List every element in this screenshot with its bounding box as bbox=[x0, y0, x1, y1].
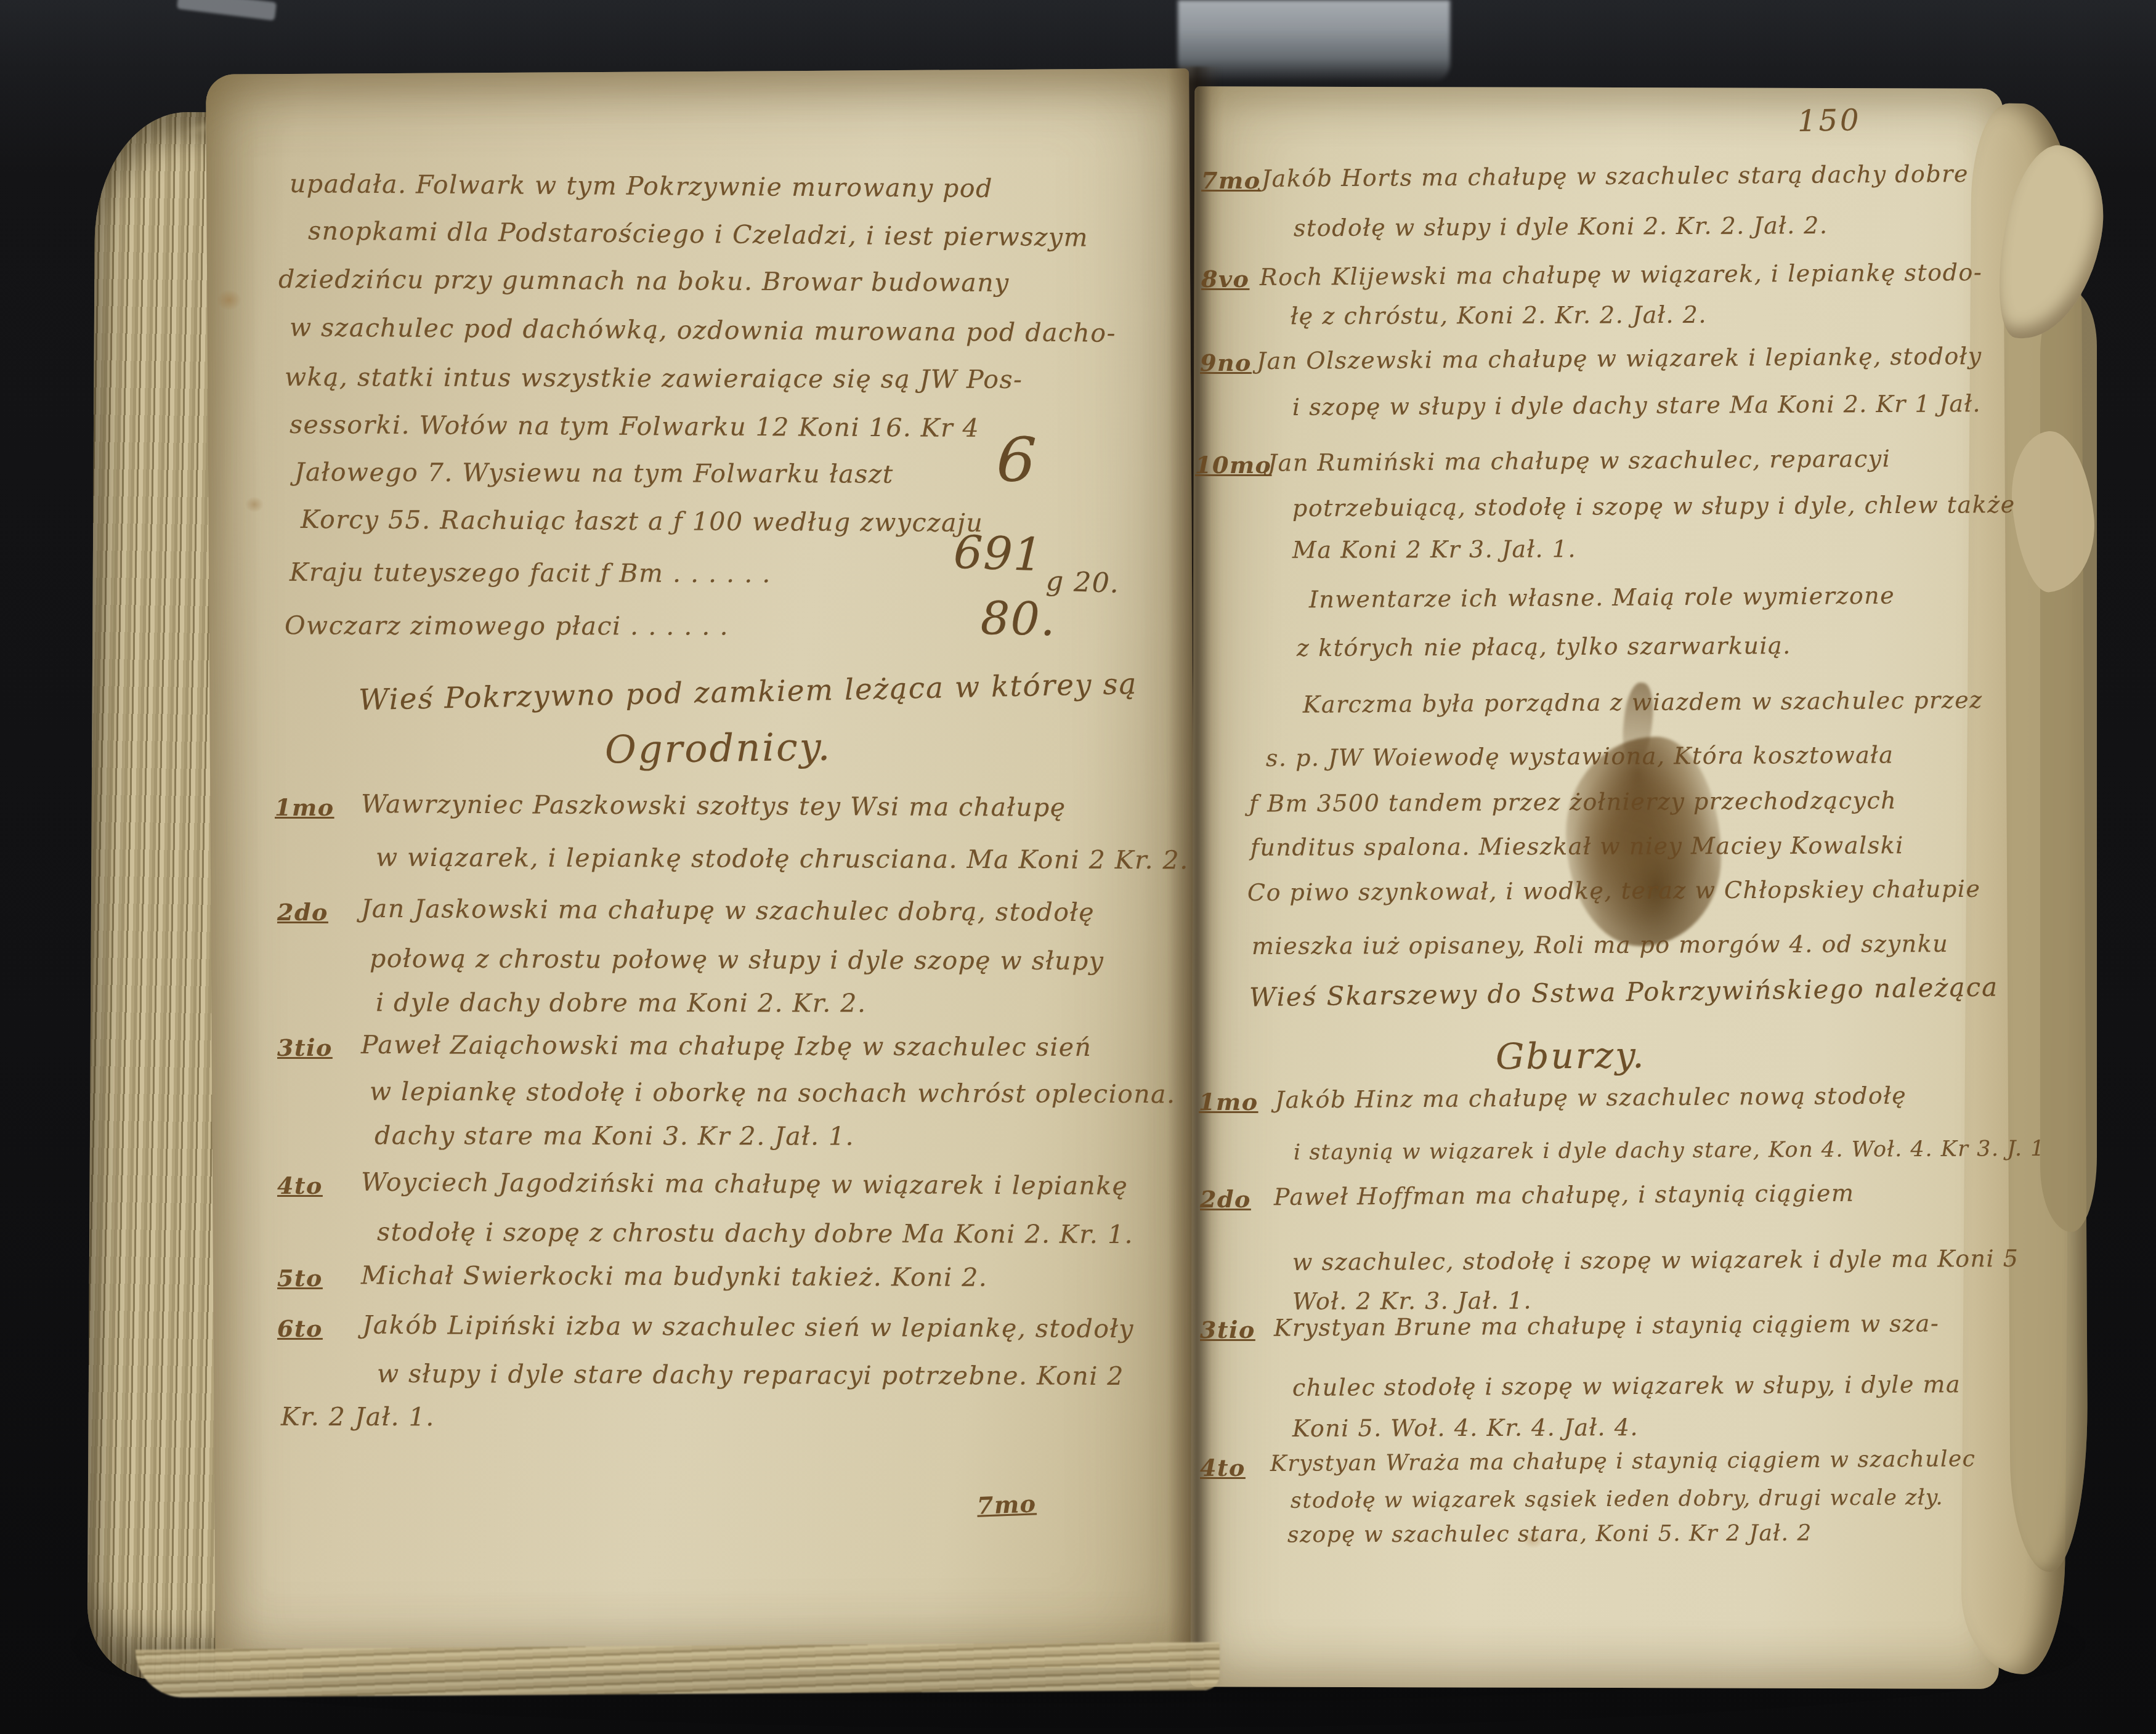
manuscript-line: Woyciech Jagodziński ma chałupę w wiązar… bbox=[361, 1167, 1129, 1201]
manuscript-line: s. p. JW Woiewodę wystawiona, Która kosz… bbox=[1266, 741, 1894, 771]
manuscript-line: Jakób Hinz ma chałupę w szachulec nową s… bbox=[1275, 1082, 1907, 1113]
manuscript-line: mieszka iuż opisaney, Roli ma po morgów … bbox=[1252, 930, 1948, 960]
manuscript-line: funditus spalona. Mieszkał w niey Maciey… bbox=[1250, 832, 1904, 861]
manuscript-line: z których nie płacą, tylko szarwarkuią. bbox=[1297, 632, 1791, 662]
bottom-page-stack-edge bbox=[136, 1642, 1220, 1698]
manuscript-line: Koni 5. Woł. 4. Kr. 4. Jał. 4. bbox=[1292, 1414, 1639, 1442]
manuscript-line: Woł. 2 Kr. 3. Jał. 1. bbox=[1292, 1287, 1532, 1315]
manuscript-line: Jan Olszewski ma chałupę w wiązarek i le… bbox=[1257, 342, 1982, 375]
manuscript-line: Jan Rumiński ma chałupę w szachulec, rep… bbox=[1268, 445, 1891, 476]
item-number: 7mo bbox=[1201, 166, 1261, 194]
manuscript-line: Paweł Zaiąchowski ma chałupę Izbę w szac… bbox=[361, 1030, 1092, 1062]
manuscript-line: dachy stare ma Koni 3. Kr 2. Jał. 1. bbox=[375, 1120, 854, 1151]
foxing-spot bbox=[245, 496, 264, 513]
manuscript-line: Kr. 2 Jał. 1. bbox=[281, 1402, 435, 1432]
manuscript-line: połową z chrostu połowę w słupy i dyle s… bbox=[370, 944, 1104, 976]
manuscript-line: w słupy i dyle stare dachy reparacyi pot… bbox=[377, 1359, 1124, 1391]
manuscript-line: Co piwo szynkował, i wodkę, teraz w Chło… bbox=[1247, 875, 1981, 906]
manuscript-line: Jakób Lipiński izba w szachulec sień w l… bbox=[362, 1310, 1134, 1344]
section-subheading-gburzy: Gburzy. bbox=[1496, 1034, 1646, 1078]
manuscript-line: potrzebuiącą, stodołę i szopę w słupy i … bbox=[1292, 491, 2016, 522]
manuscript-line: stodołę i szopę z chrostu dachy dobre Ma… bbox=[377, 1217, 1133, 1249]
manuscript-line: wką, statki intus wszystkie zawieraiące … bbox=[285, 362, 1023, 394]
wysiew-value: 6 bbox=[995, 423, 1039, 496]
item-number: 6to bbox=[277, 1315, 323, 1342]
manuscript-line: i szopę w słupy i dyle dachy stare Ma Ko… bbox=[1292, 390, 1981, 421]
manuscript-line: w szachulec, stodołę i szopę w wiązarek … bbox=[1292, 1245, 2019, 1276]
manuscript-line: Krystyan Brune ma chałupę i staynią ciąg… bbox=[1274, 1310, 1939, 1342]
manuscript-line: Jan Jaskowski ma chałupę w szachulec dob… bbox=[361, 894, 1095, 927]
manuscript-line: Michał Swierkocki ma budynki takież. Kon… bbox=[361, 1260, 988, 1292]
manuscript-line: i dyle dachy dobre ma Koni 2. Kr. 2. bbox=[376, 987, 867, 1018]
page-number: 150 bbox=[1797, 103, 1862, 139]
manuscript-line: Inwentarze ich własne. Maią role wymierz… bbox=[1309, 582, 1895, 614]
manuscript-line: w wiązarek, i lepiankę stodołę chruscian… bbox=[376, 843, 1189, 875]
book-gutter bbox=[1168, 67, 1222, 1683]
manuscript-line: dziedzińcu przy gumnach na boku. Browar … bbox=[278, 264, 1010, 298]
item-number: 5to bbox=[277, 1264, 323, 1292]
manuscript-line: Roch Klijewski ma chałupę w wiązarek, i … bbox=[1260, 259, 1982, 291]
catchword: 7mo bbox=[976, 1489, 1037, 1519]
item-number: 2do bbox=[277, 898, 328, 926]
manuscript-line: Karczma była porządna z wiazdem w szachu… bbox=[1303, 686, 1983, 718]
manuscript-line: w szachulec pod dachówką, ozdownia murow… bbox=[290, 312, 1116, 347]
manuscript-line: Paweł Hoffman ma chałupę, i staynią ciąg… bbox=[1274, 1180, 1855, 1211]
manuscript-line: Jałowego 7. Wysiewu na tym Folwarku łasz… bbox=[294, 457, 894, 488]
manuscript-line: stodołę w słupy i dyle Koni 2. Kr. 2. Ja… bbox=[1294, 212, 1828, 242]
item-number: 1mo bbox=[1199, 1088, 1258, 1116]
item-number: 10mo bbox=[1195, 451, 1271, 479]
owczarz-value: 80. bbox=[980, 592, 1056, 646]
manuscript-line: łę z chróstu, Koni 2. Kr. 2. Jał. 2. bbox=[1291, 301, 1707, 330]
manuscript-photo: upadała. Folwark w tym Pokrzywnie murowa… bbox=[0, 0, 2156, 1734]
manuscript-line: Kraju tuteyszego facit ƒ Bm . . . . . . bbox=[290, 557, 771, 589]
item-number: 4to bbox=[1200, 1454, 1246, 1481]
facit-value: 691 bbox=[953, 525, 1045, 581]
item-number: 4to bbox=[277, 1172, 323, 1199]
section-subheading-ogrodnicy: Ogrodnicy. bbox=[605, 724, 832, 772]
manuscript-line: szopę w szachulec stara, Koni 5. Kr 2 Ja… bbox=[1287, 1521, 1812, 1548]
manuscript-line: Krystyan Wraża ma chałupę i staynią ciąg… bbox=[1270, 1446, 1976, 1477]
item-number: 9no bbox=[1200, 349, 1252, 376]
manuscript-line: Jakób Horts ma chałupę w szachulec starą… bbox=[1262, 160, 1969, 192]
book-cradle-tab bbox=[177, 0, 277, 21]
item-number: 3tio bbox=[277, 1034, 333, 1061]
item-number: 1mo bbox=[275, 793, 334, 821]
item-number: 3tio bbox=[1200, 1316, 1255, 1343]
manuscript-line: stodołę w wiązarek sąsiek ieden dobry, d… bbox=[1291, 1485, 1943, 1513]
manuscript-line: sessorki. Wołów na tym Folwarku 12 Koni … bbox=[290, 410, 979, 443]
manuscript-line: ƒ Bm 3500 tandem przez żołnierzy przecho… bbox=[1249, 787, 1897, 817]
item-number: 2do bbox=[1200, 1185, 1251, 1213]
manuscript-line: w lepiankę stodołę i oborkę na sochach w… bbox=[370, 1077, 1176, 1109]
manuscript-line: upadała. Folwark w tym Pokrzywnie murowa… bbox=[290, 169, 993, 203]
manuscript-line: chulec stodołę i szopę w wiązarek w słup… bbox=[1292, 1371, 1961, 1401]
facit-groszy-value: g 20. bbox=[1045, 565, 1120, 599]
manuscript-line: Wawrzyniec Paszkowski szołtys tey Wsi ma… bbox=[361, 789, 1066, 822]
manuscript-line: Ma Koni 2 Kr 3. Jał. 1. bbox=[1292, 535, 1576, 564]
manuscript-line: i staynią w wiązarek i dyle dachy stare,… bbox=[1294, 1136, 2045, 1165]
manuscript-line: Owczarz zimowego płaci . . . . . . bbox=[285, 610, 729, 641]
item-number: 8vo bbox=[1201, 265, 1249, 293]
foxing-spot bbox=[217, 290, 241, 310]
manuscript-line: Korcy 55. Rachuiąc łaszt a ƒ 100 według … bbox=[301, 504, 983, 538]
